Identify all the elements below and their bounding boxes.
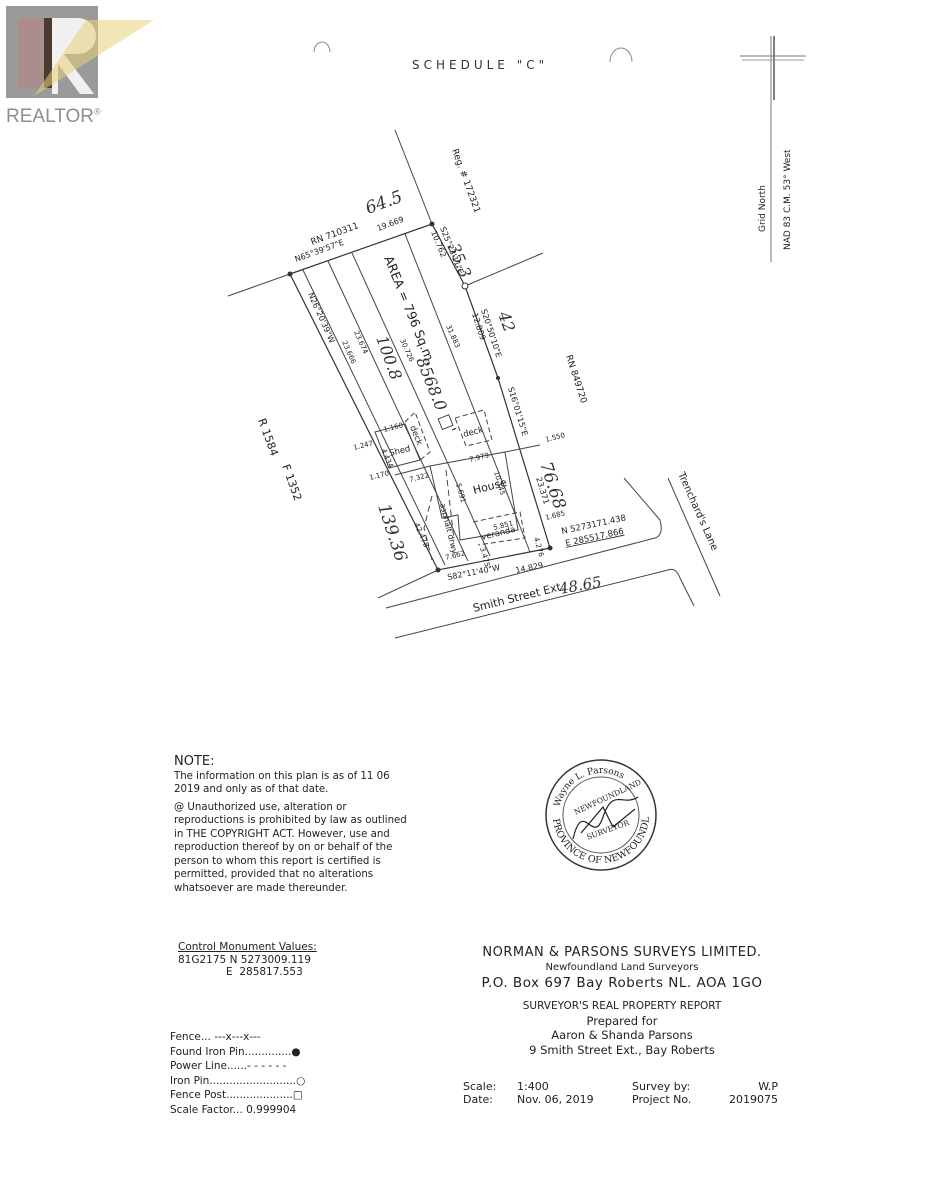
plan-label: 42 [494, 308, 519, 335]
plan-label: 42.478 [412, 521, 431, 549]
title-block: NORMAN & PARSONS SURVEYS LIMITED. Newfou… [452, 945, 792, 1057]
plan-label: S16°01'15"E [506, 386, 529, 437]
scale-value: 1:400 [517, 1080, 632, 1093]
cmv-id: 81G2175 [178, 954, 226, 966]
report-address: 9 Smith Street Ext., Bay Roberts [452, 1043, 792, 1058]
plan-label: 3.475 [478, 546, 491, 567]
plan-label: F 1352 [279, 463, 304, 503]
plan-label: R 1584 [255, 417, 281, 458]
note-date-paragraph: The information on this plan is as of 11… [174, 770, 414, 797]
copyright-note: NOTE: The information on this plan is as… [174, 755, 414, 899]
scale-label: Scale: [463, 1080, 517, 1093]
survey-by-label: Survey by: [632, 1080, 720, 1093]
plan-label: S82°11'40"W [447, 563, 501, 582]
plan-label: Reg. # 172321 [449, 148, 482, 215]
north-arrow-label: Grid North [758, 185, 768, 232]
date-value: Nov. 06, 2019 [517, 1093, 632, 1106]
cmv-e-label: E [226, 966, 233, 978]
survey-meta: Scale: 1:400 Survey by: W.P Date: Nov. 0… [463, 1080, 783, 1106]
survey-plan-drawing: Grid North NAD 83 C.M. 53° West RN 71031… [0, 0, 928, 720]
firm-subtitle: Newfoundland Land Surveyors [452, 962, 792, 973]
plan-label: 23.674 [352, 330, 369, 356]
firm-name: NORMAN & PARSONS SURVEYS LIMITED. [452, 945, 792, 960]
surveyor-seal-icon: Wayne L. Parsons PROVINCE OF NEWFOUNDLAN… [543, 757, 659, 873]
plan-label: Smith Street Ext. [472, 580, 566, 615]
cmv-east-row: E 285817.553 [178, 966, 317, 979]
report-info: SURVEYOR'S REAL PROPERTY REPORT Prepared… [452, 999, 792, 1057]
map-legend: Fence... ---x---x--- Found Iron Pin.....… [170, 1030, 305, 1117]
project-value: 2019075 [720, 1093, 778, 1106]
legend-item: Found Iron Pin..............● [170, 1045, 305, 1060]
plan-label: 19.669 [376, 215, 405, 233]
note-heading: NOTE: [174, 755, 414, 769]
report-type: SURVEYOR'S REAL PROPERTY REPORT [452, 999, 792, 1014]
cmv-north-row: 81G2175 N 5273009.119 [178, 954, 317, 967]
meta-row-1: Scale: 1:400 Survey by: W.P [463, 1080, 783, 1093]
plan-label: Trenchard's Lane [675, 470, 720, 553]
plan-label: 48.65 [557, 573, 603, 598]
report-prepared-for: Prepared for [452, 1014, 792, 1029]
survey-by-value: W.P [720, 1080, 778, 1093]
control-monument-values: Control Monument Values: 81G2175 N 52730… [178, 941, 317, 979]
plan-label: 1.685 [545, 509, 566, 522]
legend-item: Iron Pin..........................○ [170, 1074, 305, 1089]
plan-label: 139.36 [373, 501, 410, 564]
plan-label: 1.160 [383, 421, 404, 434]
plan-label: 14.829 [515, 561, 544, 575]
plan-label: 1.550 [545, 431, 566, 444]
plan-label: asphalt drwy [438, 502, 459, 555]
plan-label: 1.170 [369, 469, 390, 482]
plan-label: 7.322 [409, 471, 430, 484]
legend-item: Scale Factor... 0.999904 [170, 1103, 305, 1118]
legend-item: Power Line......- - - - - - [170, 1059, 305, 1074]
plan-label: 35.3 [444, 240, 475, 280]
cmv-n-value: 5273009.119 [241, 954, 311, 966]
plan-label: 5.691 [454, 482, 467, 503]
legend-item: Fence Post....................□ [170, 1088, 305, 1103]
plan-label: RN 849720 [563, 354, 588, 405]
plan-label: Shed [388, 444, 411, 459]
plan-label: 31.883 [444, 324, 461, 350]
cmv-heading: Control Monument Values: [178, 941, 317, 954]
plan-label: 7.979 [469, 451, 490, 464]
date-label: Date: [463, 1093, 517, 1106]
meta-row-2: Date: Nov. 06, 2019 Project No. 2019075 [463, 1093, 783, 1106]
plan-label: 4.276 [532, 536, 545, 558]
firm-address: P.O. Box 697 Bay Roberts NL. AOA 1GO [452, 975, 792, 991]
cmv-e-value: 285817.553 [239, 966, 302, 978]
legend-item: Fence... ---x---x--- [170, 1030, 305, 1045]
plan-label: 64.5 [363, 187, 405, 219]
project-label: Project No. [632, 1093, 720, 1106]
plan-label: 1.247 [353, 439, 374, 452]
plan-label: NAD 83 C.M. 53° West [783, 149, 793, 250]
plan-label: SURVEYOR [585, 818, 630, 842]
plan-label: deck [462, 425, 484, 440]
note-copyright-paragraph: @ Unauthorized use, alteration or reprod… [174, 801, 414, 896]
cmv-n-label: N [230, 954, 238, 966]
report-client: Aaron & Shanda Parsons [452, 1028, 792, 1043]
